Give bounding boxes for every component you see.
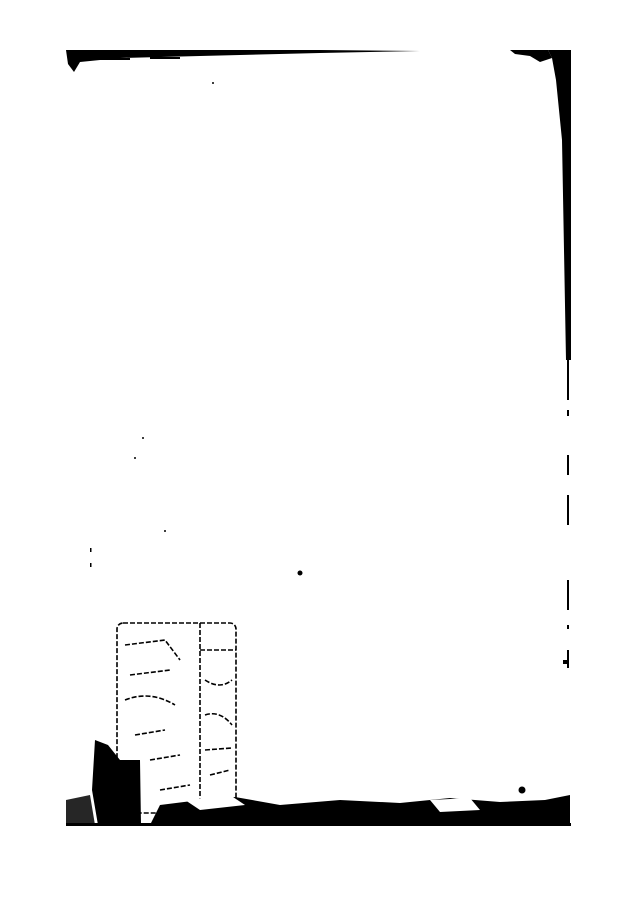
page-scan-artwork (0, 0, 635, 900)
scanned-page (0, 0, 635, 900)
bottom-left-blot (66, 740, 141, 825)
scan-specks (90, 82, 526, 794)
bottom-edge-band (66, 795, 571, 826)
top-right-corner (510, 50, 571, 360)
top-edge-shadow (66, 50, 420, 72)
right-edge-line (563, 360, 569, 668)
